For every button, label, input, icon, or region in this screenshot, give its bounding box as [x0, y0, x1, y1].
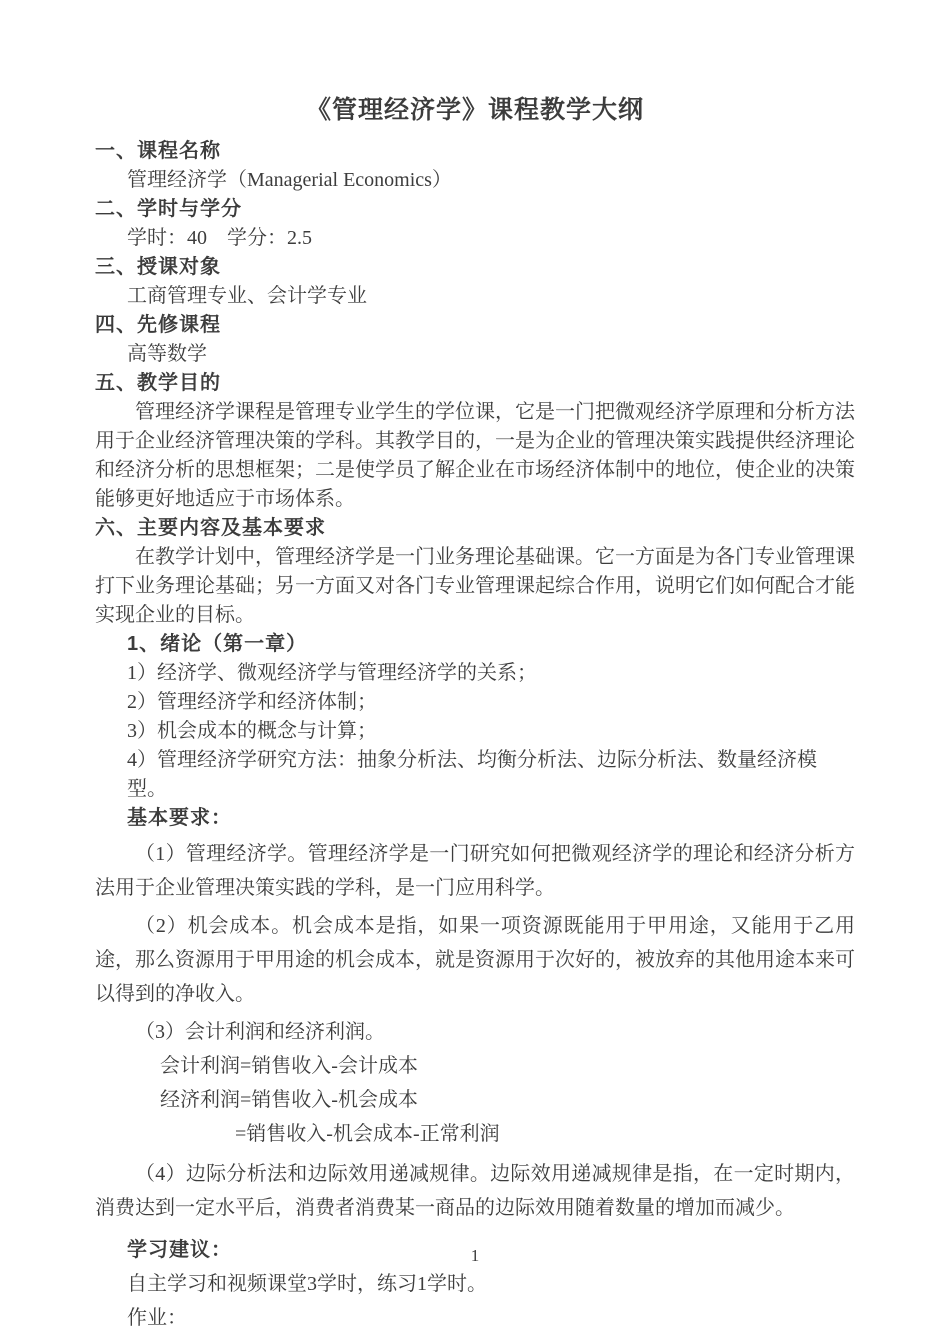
chapter-1-item-1: 1）经济学、微观经济学与管理经济学的关系； — [95, 659, 855, 688]
section-heading-teaching-purpose: 五、教学目的 — [95, 369, 855, 398]
document-title: 《管理经济学》课程教学大纲 — [95, 95, 855, 127]
section-heading-course-name: 一、课程名称 — [95, 137, 855, 166]
teaching-purpose-paragraph: 管理经济学课程是管理专业学生的学位课，它是一门把微观经济学原理和分析方法用于企业… — [95, 398, 855, 514]
homework-label: 作业： — [95, 1301, 855, 1335]
chapter-1-item-3: 3）机会成本的概念与计算； — [95, 717, 855, 746]
formula-accounting-profit: 会计利润=销售收入-会计成本 — [95, 1049, 855, 1083]
document-page: 《管理经济学》课程教学大纲 一、课程名称 管理经济学（Managerial Ec… — [0, 0, 950, 1344]
section-hours-credits: 二、学时与学分 学时：40 学分：2.5 — [95, 195, 855, 253]
course-name-value: 管理经济学（Managerial Economics） — [95, 166, 855, 195]
requirement-4: （4）边际分析法和边际效用递减规律。边际效用递减规律是指，在一定时期内，消费达到… — [95, 1157, 855, 1225]
section-target-students: 三、授课对象 工商管理专业、会计学专业 — [95, 253, 855, 311]
section-prerequisites: 四、先修课程 高等数学 — [95, 311, 855, 369]
target-students-value: 工商管理专业、会计学专业 — [95, 282, 855, 311]
basic-requirements-heading: 基本要求： — [95, 804, 855, 833]
chapter-1-item-4: 4）管理经济学研究方法：抽象分析法、均衡分析法、边际分析法、数量经济模型。 — [95, 746, 855, 804]
prerequisites-value: 高等数学 — [95, 340, 855, 369]
section-course-name: 一、课程名称 管理经济学（Managerial Economics） — [95, 137, 855, 195]
hours-credits-value: 学时：40 学分：2.5 — [95, 224, 855, 253]
requirement-1: （1）管理经济学。管理经济学是一门研究如何把微观经济学的理论和经济分析方法用于企… — [95, 837, 855, 905]
section-heading-prerequisites: 四、先修课程 — [95, 311, 855, 340]
study-advice-text: 自主学习和视频课堂3学时，练习1学时。 — [95, 1267, 855, 1301]
formula-economic-profit-expanded: =销售收入-机会成本-正常利润 — [95, 1117, 855, 1151]
section-heading-hours-credits: 二、学时与学分 — [95, 195, 855, 224]
section-heading-main-content: 六、主要内容及基本要求 — [95, 514, 855, 543]
section-heading-target-students: 三、授课对象 — [95, 253, 855, 282]
section-main-content: 六、主要内容及基本要求 在教学计划中，管理经济学是一门业务理论基础课。它一方面是… — [95, 514, 855, 630]
requirement-2: （2）机会成本。机会成本是指，如果一项资源既能用于甲用途，又能用于乙用途，那么资… — [95, 909, 855, 1011]
main-content-paragraph: 在教学计划中，管理经济学是一门业务理论基础课。它一方面是为各门专业管理课打下业务… — [95, 543, 855, 630]
chapter-1-introduction: 1、绪论（第一章） 1）经济学、微观经济学与管理经济学的关系； 2）管理经济学和… — [95, 630, 855, 1335]
chapter-1-item-2: 2）管理经济学和经济体制； — [95, 688, 855, 717]
page-number: 1 — [0, 1246, 950, 1266]
section-teaching-purpose: 五、教学目的 管理经济学课程是管理专业学生的学位课，它是一门把微观经济学原理和分… — [95, 369, 855, 514]
formula-economic-profit: 经济利润=销售收入-机会成本 — [95, 1083, 855, 1117]
requirement-3: （3）会计利润和经济利润。 — [95, 1015, 855, 1049]
chapter-1-heading: 1、绪论（第一章） — [95, 630, 855, 659]
